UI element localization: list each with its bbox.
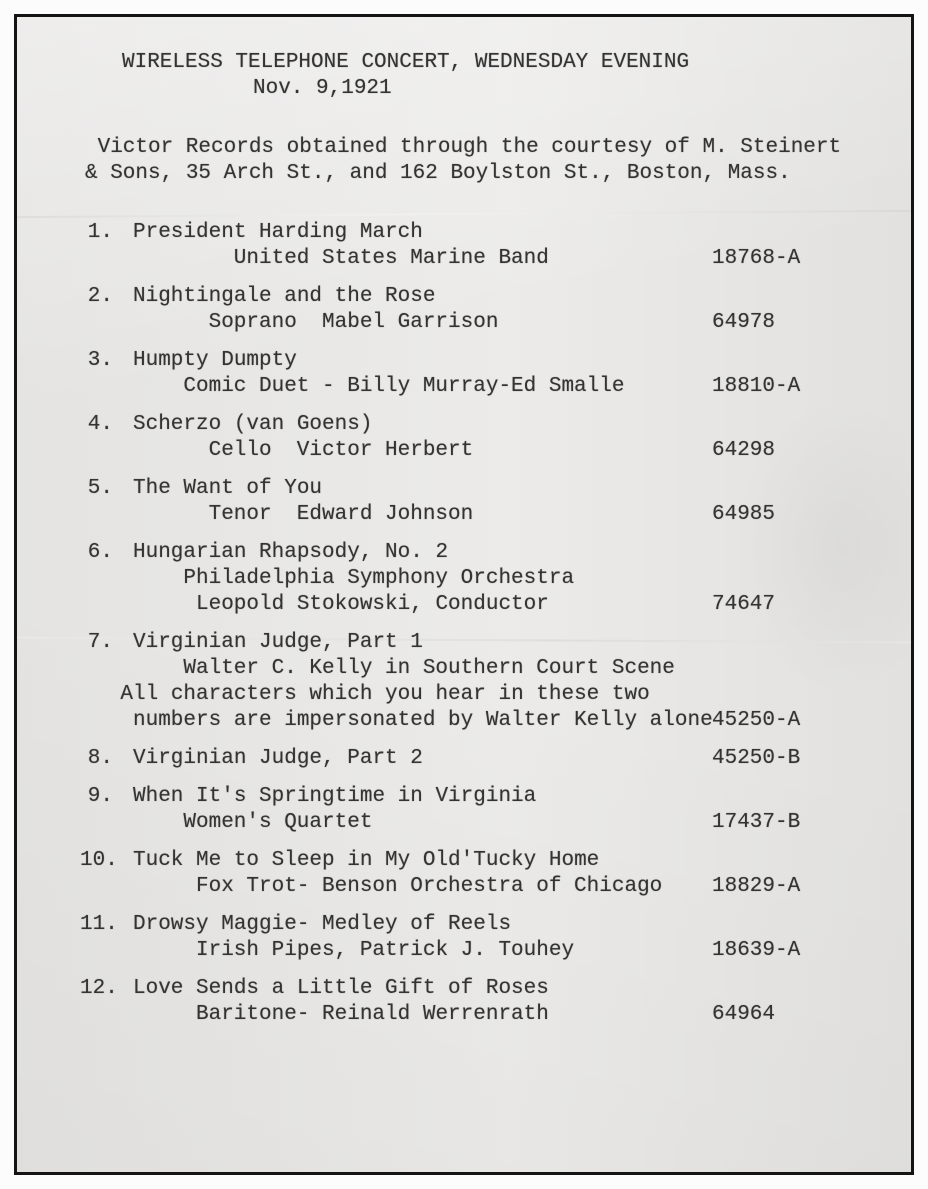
program-line: Virginian Judge, Part 2 [133, 746, 423, 772]
catalog-number: 64964 [712, 1002, 775, 1028]
catalog-number: 18810-A [712, 374, 800, 400]
program-item: 11. Drowsy Maggie- Medley of ReelsIrish … [80, 912, 911, 964]
program-item: 10. Tuck Me to Sleep in My Old'Tucky Hom… [80, 848, 911, 900]
program-item: 1. President Harding MarchUnited States … [80, 220, 911, 272]
catalog-number: 64985 [712, 502, 775, 528]
title-date: Nov. 9,1921 [253, 76, 911, 102]
catalog-number: 17437-B [712, 810, 800, 836]
item-number: 5. [80, 476, 113, 528]
item-lines: Scherzo (van Goens)Cello Victor Herbert [133, 412, 473, 464]
item-number: 3. [80, 348, 113, 400]
item-lines: When It's Springtime in VirginiaWomen's … [133, 784, 536, 836]
item-lines: The Want of YouTenor Edward Johnson [133, 476, 473, 528]
catalog-number: 45250-A [712, 708, 800, 734]
program-line: Virginian Judge, Part 1 [133, 630, 713, 656]
program-item: 4. Scherzo (van Goens)Cello Victor Herbe… [80, 412, 911, 464]
program-line: Women's Quartet [183, 810, 536, 836]
catalog-number: 18768-A [712, 246, 800, 272]
intro-line: Victor Records obtained through the cour… [85, 135, 911, 161]
program-line: numbers are impersonated by Walter Kelly… [133, 708, 713, 734]
program-line: President Harding March [133, 220, 549, 246]
item-lines: Nightingale and the RoseSoprano Mabel Ga… [133, 284, 498, 336]
catalog-number: 45250-B [712, 746, 800, 772]
program-line: Drowsy Maggie- Medley of Reels [133, 912, 574, 938]
program-line: Nightingale and the Rose [133, 284, 498, 310]
program-item: 8. Virginian Judge, Part 2 45250-B [80, 746, 911, 772]
program-item: 12. Love Sends a Little Gift of RosesBar… [80, 976, 911, 1028]
program-item: 5. The Want of YouTenor Edward Johnson 6… [80, 476, 911, 528]
program-line: Love Sends a Little Gift of Roses [133, 976, 549, 1002]
program-line: Baritone- Reinald Werrenrath [196, 1002, 549, 1028]
program-line: Tuck Me to Sleep in My Old'Tucky Home [133, 848, 662, 874]
program-line: Tenor Edward Johnson [209, 502, 474, 528]
program-item: 9. When It's Springtime in VirginiaWomen… [80, 784, 911, 836]
item-number: 12. [80, 976, 113, 1028]
program-list: 1. President Harding MarchUnited States … [17, 220, 911, 1028]
item-number: 9. [80, 784, 113, 836]
program-item: 6. Hungarian Rhapsody, No. 2Philadelphia… [80, 540, 911, 618]
program-line: Humpty Dumpty [133, 348, 624, 374]
scanned-paper: WIRELESS TELEPHONE CONCERT, WEDNESDAY EV… [14, 14, 914, 1175]
item-lines: President Harding MarchUnited States Mar… [133, 220, 549, 272]
catalog-number: 64978 [712, 310, 775, 336]
document-content: WIRELESS TELEPHONE CONCERT, WEDNESDAY EV… [17, 17, 911, 1028]
program-line: United States Marine Band [234, 246, 549, 272]
item-number: 6. [80, 540, 113, 618]
title-line: WIRELESS TELEPHONE CONCERT, WEDNESDAY EV… [122, 50, 911, 76]
intro-paragraph: Victor Records obtained through the cour… [85, 135, 911, 187]
program-line: All characters which you hear in these t… [120, 682, 712, 708]
program-line: Hungarian Rhapsody, No. 2 [133, 540, 574, 566]
program-line: Walter C. Kelly in Southern Court Scene [183, 656, 712, 682]
catalog-number: 18829-A [712, 874, 800, 900]
program-line: Fox Trot- Benson Orchestra of Chicago [196, 874, 662, 900]
item-number: 7. [80, 630, 113, 734]
intro-line: & Sons, 35 Arch St., and 162 Boylston St… [85, 161, 911, 187]
document-title: WIRELESS TELEPHONE CONCERT, WEDNESDAY EV… [17, 50, 911, 102]
program-item: 2. Nightingale and the RoseSoprano Mabel… [80, 284, 911, 336]
item-lines: Tuck Me to Sleep in My Old'Tucky HomeFox… [133, 848, 662, 900]
item-number: 8. [80, 746, 113, 772]
item-lines: Love Sends a Little Gift of RosesBariton… [133, 976, 549, 1028]
catalog-number: 74647 [712, 592, 775, 618]
item-lines: Drowsy Maggie- Medley of ReelsIrish Pipe… [133, 912, 574, 964]
item-number: 1. [80, 220, 113, 272]
program-item: 3. Humpty DumptyComic Duet - Billy Murra… [80, 348, 911, 400]
item-number: 4. [80, 412, 113, 464]
program-line: Scherzo (van Goens) [133, 412, 473, 438]
item-number: 11. [80, 912, 113, 964]
program-line: Soprano Mabel Garrison [209, 310, 499, 336]
program-line: Leopold Stokowski, Conductor [196, 592, 574, 618]
item-lines: Virginian Judge, Part 1Walter C. Kelly i… [133, 630, 713, 734]
program-line: Philadelphia Symphony Orchestra [183, 566, 574, 592]
catalog-number: 64298 [712, 438, 775, 464]
program-item: 7. Virginian Judge, Part 1Walter C. Kell… [80, 630, 911, 734]
item-number: 10. [80, 848, 113, 900]
item-number: 2. [80, 284, 113, 336]
item-lines: Virginian Judge, Part 2 [133, 746, 423, 772]
program-line: When It's Springtime in Virginia [133, 784, 536, 810]
program-line: Comic Duet - Billy Murray-Ed Smalle [183, 374, 624, 400]
item-lines: Hungarian Rhapsody, No. 2Philadelphia Sy… [133, 540, 574, 618]
item-lines: Humpty DumptyComic Duet - Billy Murray-E… [133, 348, 624, 400]
program-line: Cello Victor Herbert [209, 438, 474, 464]
program-line: Irish Pipes, Patrick J. Touhey [196, 938, 574, 964]
program-line: The Want of You [133, 476, 473, 502]
catalog-number: 18639-A [712, 938, 800, 964]
